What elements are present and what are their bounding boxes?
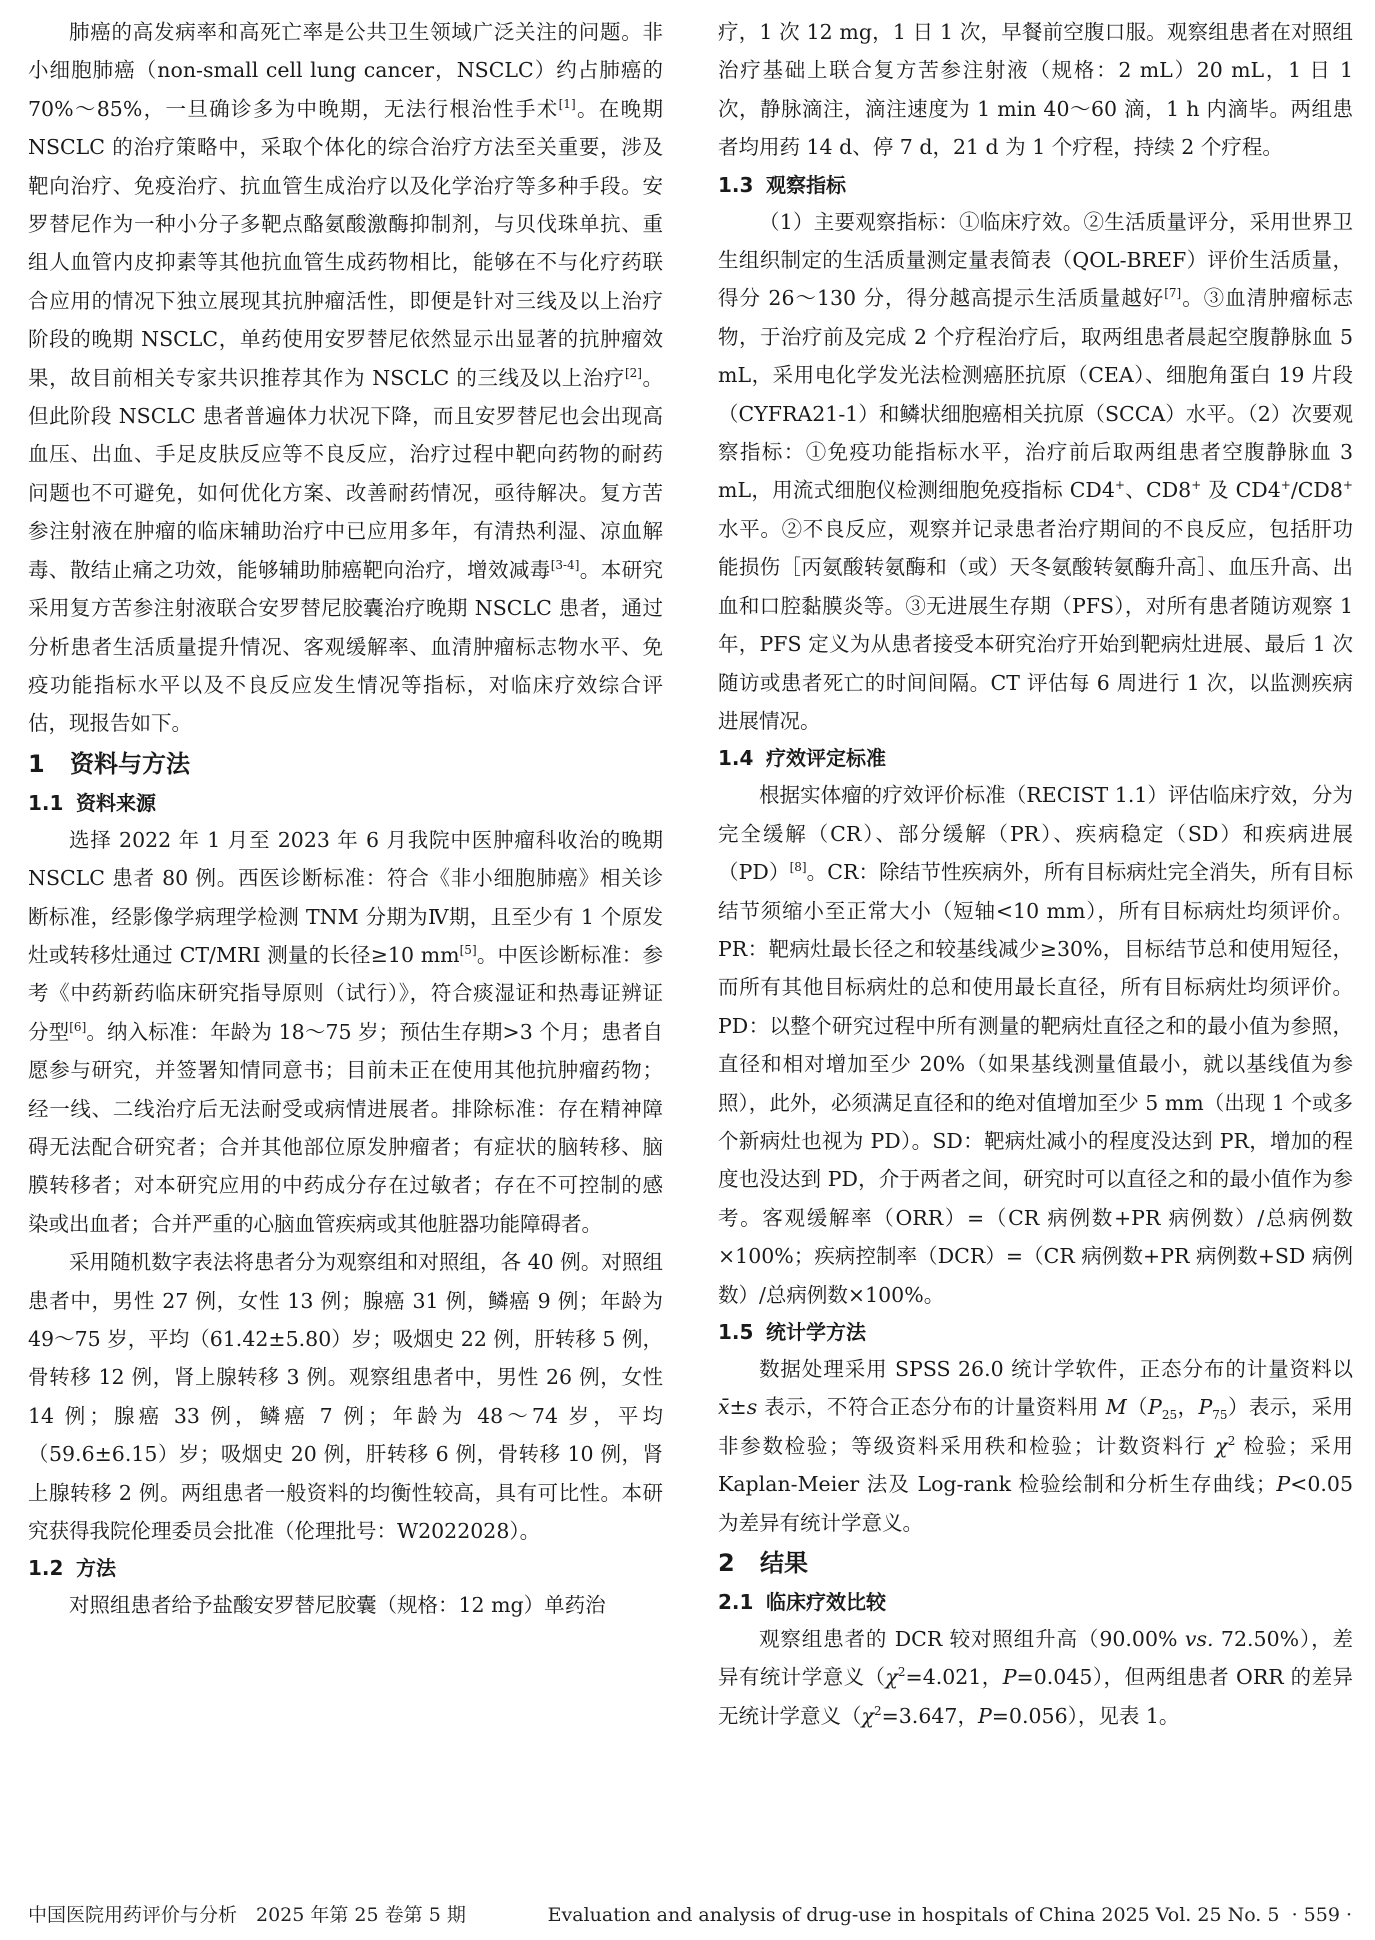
- math: vs.: [1185, 1627, 1214, 1651]
- subscript: 75: [1212, 1409, 1227, 1423]
- efficacy-paragraph: 观察组患者的 DCR 较对照组升高（90.00% vs. 72.50%），差异有…: [718, 1620, 1353, 1735]
- superscript: +: [1343, 478, 1353, 492]
- section-number: 1.3: [718, 167, 766, 203]
- math: χ: [862, 1704, 874, 1728]
- section-number: 2: [718, 1542, 760, 1584]
- section-heading-1-2: 1.2方法: [28, 1550, 663, 1586]
- section-title: 资料来源: [76, 791, 156, 815]
- section-heading-1-4: 1.4疗效评定标准: [718, 740, 1353, 776]
- citation: [1]: [559, 97, 576, 111]
- section-number: 1.1: [28, 785, 76, 821]
- citation: [2]: [625, 366, 642, 380]
- superscript: +: [1115, 478, 1125, 492]
- intro-paragraph: 肺癌的高发病率和高死亡率是公共卫生领域广泛关注的问题。非小细胞肺癌（non-sm…: [28, 13, 663, 743]
- citation: [7]: [1164, 286, 1181, 300]
- text: =0.056），见表 1。: [992, 1704, 1180, 1728]
- text: =3.647，: [882, 1704, 978, 1728]
- math: P: [978, 1704, 992, 1728]
- data-source-paragraph: 选择 2022 年 1 月至 2023 年 6 月我院中医肿瘤科收治的晚期 NS…: [28, 821, 663, 1243]
- superscript: 2: [874, 1704, 882, 1718]
- math: P: [1198, 1395, 1212, 1419]
- math: x̄±s: [718, 1395, 757, 1419]
- text: 、CD8: [1125, 478, 1191, 502]
- math: χ: [885, 1665, 897, 1689]
- math: P: [1276, 1472, 1290, 1496]
- section-title: 疗效评定标准: [766, 746, 886, 770]
- text: 及 CD4: [1208, 478, 1281, 502]
- text: 。纳入标准：年龄为 18～75 岁；预估生存期>3 个月；患者自愿参与研究，并签…: [28, 1020, 663, 1236]
- section-heading-2: 2结果: [718, 1542, 1353, 1584]
- text: 水平。②不良反应，观察并记录患者治疗期间的不良反应，包括肝功能损伤［丙氨酸转氨酶…: [718, 517, 1353, 733]
- journal-en-text: Evaluation and analysis of drug-use in h…: [548, 1904, 1280, 1926]
- journal-title-cn: 中国医院用药评价与分析 2025 年第 25 卷第 5 期: [28, 1900, 466, 1930]
- criteria-paragraph: 根据实体瘤的疗效评价标准（RECIST 1.1）评估临床疗效，分为完全缓解（CR…: [718, 776, 1353, 1314]
- page-number: · 559 ·: [1292, 1904, 1352, 1926]
- method-paragraph-start: 对照组患者给予盐酸安罗替尼胶囊（规格：12 mg）单药治: [28, 1586, 663, 1624]
- left-column: 肺癌的高发病率和高死亡率是公共卫生领域广泛关注的问题。非小细胞肺癌（non-sm…: [28, 13, 663, 1625]
- text: 观察组患者的 DCR 较对照组升高（90.00%: [759, 1627, 1185, 1651]
- text: 。但此阶段 NSCLC 患者普遍体力状况下降，而且安罗替尼也会出现高血压、出血、…: [28, 366, 663, 582]
- text: 。③血清肿瘤标志物，于治疗前及完成 2 个疗程治疗后，取两组患者晨起空腹静脉血 …: [718, 286, 1353, 502]
- text: /CD8: [1291, 478, 1343, 502]
- superscript: +: [1281, 478, 1291, 492]
- section-number: 1: [28, 743, 70, 785]
- section-title: 方法: [76, 1556, 116, 1580]
- right-column: 疗，1 次 12 mg，1 日 1 次，早餐前空腹口服。观察组患者在对照组治疗基…: [718, 13, 1353, 1735]
- citation: [3-4]: [551, 558, 580, 572]
- text: 。本研究采用复方苦参注射液联合安罗替尼胶囊治疗晚期 NSCLC 患者，通过分析患…: [28, 558, 663, 736]
- text: 表示，不符合正态分布的计量资料用: [757, 1395, 1105, 1419]
- indicators-paragraph: （1）主要观察指标：①临床疗效。②生活质量评分，采用世界卫生组织制定的生活质量测…: [718, 203, 1353, 741]
- math: χ: [1215, 1434, 1227, 1458]
- text: =4.021，: [906, 1665, 1003, 1689]
- math: P: [1003, 1665, 1017, 1689]
- section-heading-1-1: 1.1资料来源: [28, 785, 663, 821]
- section-number: 1.5: [718, 1314, 766, 1350]
- section-title: 观察指标: [766, 173, 846, 197]
- superscript: +: [1191, 478, 1201, 492]
- section-number: 2.1: [718, 1584, 766, 1620]
- citation: [8]: [790, 860, 807, 874]
- subscript: 25: [1162, 1409, 1177, 1423]
- math: M: [1106, 1395, 1127, 1419]
- section-heading-1-3: 1.3观察指标: [718, 167, 1353, 203]
- superscript: 2: [898, 1665, 906, 1679]
- citation: [6]: [69, 1020, 86, 1034]
- journal-title-en: Evaluation and analysis of drug-use in h…: [548, 1900, 1352, 1930]
- method-paragraph-continued: 疗，1 次 12 mg，1 日 1 次，早餐前空腹口服。观察组患者在对照组治疗基…: [718, 13, 1353, 167]
- section-title: 临床疗效比较: [766, 1590, 886, 1614]
- text: 。在晚期 NSCLC 的治疗策略中，采取个体化的综合治疗方法至关重要，涉及靶向治…: [28, 97, 663, 390]
- section-title: 结果: [760, 1549, 808, 1577]
- math: P: [1148, 1395, 1162, 1419]
- section-number: 1.2: [28, 1550, 76, 1586]
- section-title: 统计学方法: [766, 1320, 866, 1344]
- section-heading-1-5: 1.5统计学方法: [718, 1314, 1353, 1350]
- section-heading-2-1: 2.1临床疗效比较: [718, 1584, 1353, 1620]
- grouping-paragraph: 采用随机数字表法将患者分为观察组和对照组，各 40 例。对照组患者中，男性 27…: [28, 1243, 663, 1550]
- citation: [5]: [460, 943, 477, 957]
- statistics-paragraph: 数据处理采用 SPSS 26.0 统计学软件，正态分布的计量资料以 x̄±s 表…: [718, 1350, 1353, 1542]
- text: 。CR：除结节性疾病外，所有目标病灶完全消失，所有目标结节须缩小至正常大小（短轴…: [718, 860, 1353, 1306]
- section-heading-1: 1资料与方法: [28, 743, 663, 785]
- text: 数据处理采用 SPSS 26.0 统计学软件，正态分布的计量资料以: [759, 1357, 1353, 1381]
- section-title: 资料与方法: [70, 750, 190, 778]
- section-number: 1.4: [718, 740, 766, 776]
